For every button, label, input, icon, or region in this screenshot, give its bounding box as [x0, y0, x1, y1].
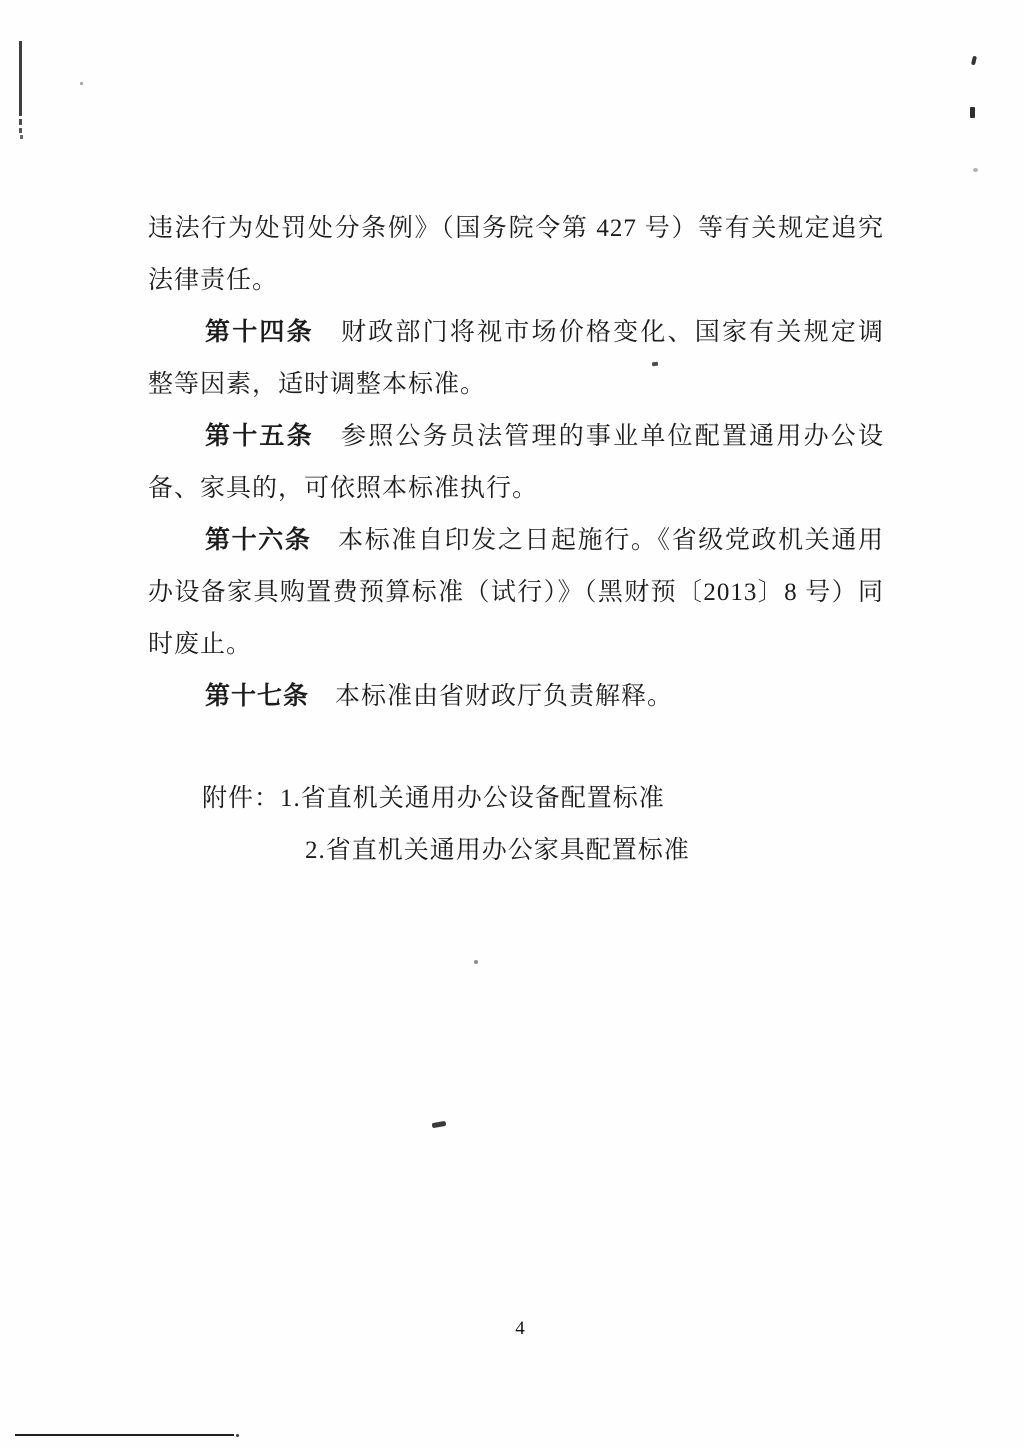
- scan-artifact-left-margin-dash: [19, 119, 22, 125]
- text-line: 第十五条 参照公务员法管理的事业单位配置通用办公设: [148, 411, 884, 463]
- scan-artifact-left-margin-dash: [20, 135, 23, 139]
- scanned-document-page: 违法行为处罚处分条例》（国务院令第 427 号）等有关规定追究法律责任。第十四条…: [0, 0, 1024, 1449]
- text-line: 时废止。: [148, 619, 884, 671]
- document-body: 违法行为处罚处分条例》（国务院令第 427 号）等有关规定追究法律责任。第十四条…: [148, 203, 884, 877]
- scan-artifact-dot: [236, 1434, 239, 1437]
- text-line: 附件：1.省直机关通用办公设备配置标准: [148, 773, 884, 825]
- text-line: 2.省直机关通用办公家具配置标准: [148, 825, 884, 877]
- article-number: 第十六条: [205, 527, 311, 554]
- text-line: 法律责任。: [148, 255, 884, 307]
- blank-line: [148, 723, 884, 773]
- scan-artifact-right-mark: [970, 107, 975, 118]
- text-line: 第十四条 财政部门将视市场价格变化、国家有关规定调: [148, 307, 884, 359]
- text-line: 备、家具的，可依照本标准执行。: [148, 463, 884, 515]
- article-number: 第十五条: [205, 423, 314, 450]
- text-line: 第十六条 本标准自印发之日起施行。《省级党政机关通用: [148, 515, 884, 567]
- page-number: 4: [500, 1318, 540, 1340]
- scan-artifact-left-margin-dash: [19, 128, 22, 133]
- scan-artifact-dot: [80, 82, 83, 85]
- scan-artifact-right-mark: [971, 56, 977, 66]
- text-line: 办设备家具购置费预算标准（试行）》（黑财预〔2013〕8 号）同: [148, 567, 884, 619]
- article-number: 第十七条: [205, 683, 309, 710]
- article-number: 第十四条: [205, 319, 314, 346]
- scan-artifact-dot: [474, 960, 478, 964]
- scan-artifact-bottom-rule: [15, 1434, 234, 1436]
- text-line: 整等因素，适时调整本标准。: [148, 359, 884, 411]
- text-line: 第十七条 本标准由省财政厅负责解释。: [148, 671, 884, 723]
- text-line: 违法行为处罚处分条例》（国务院令第 427 号）等有关规定追究: [148, 203, 884, 255]
- scan-artifact-left-margin-line: [19, 41, 22, 116]
- scan-artifact-dash: [432, 1121, 447, 1128]
- scan-artifact-right-mark: [973, 168, 978, 172]
